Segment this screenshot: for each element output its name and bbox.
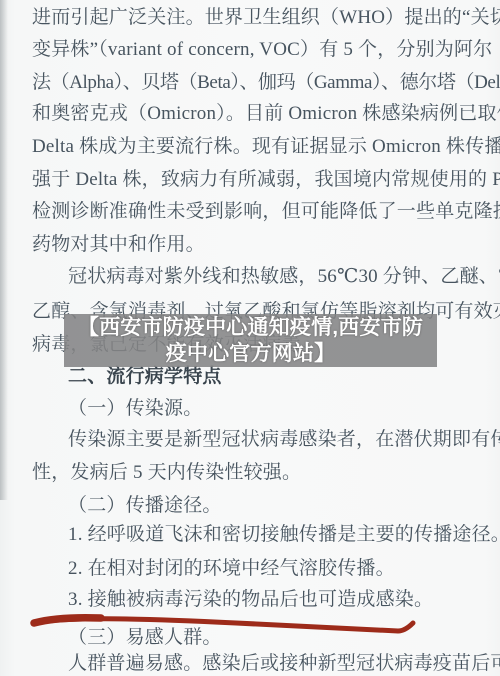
doc-line: 传染源主要是新型冠状病毒感染者，在潜伏期即有传染: [68, 428, 500, 452]
doc-subheading: （三）易感人群。: [68, 626, 500, 650]
doc-line: 法（Alpha）、贝塔（Beta）、伽玛（Gamma）、德尔塔（Delta）: [32, 71, 498, 95]
doc-section-heading: 二、流行病学特点: [68, 365, 500, 389]
doc-line: 检测诊断准确性未受到影响，但可能降低了一些单克隆抗体: [32, 200, 498, 224]
scan-edge-shadow: [0, 0, 8, 500]
doc-line: 性，发病后 5 天内传染性较强。: [32, 461, 498, 485]
doc-list-item: 2. 在相对封闭的环境中经气溶胶传播。: [68, 557, 500, 581]
doc-list-item: 3. 接触被病毒污染的物品后也可造成感染。: [68, 588, 500, 612]
watermark-title-line1: 【西安市防疫中心通知疫情,西安市防: [78, 315, 423, 341]
doc-line: 进而引起广泛关注。世界卫生组织（WHO）提出的“关切的: [32, 6, 498, 30]
doc-list-item: 1. 经呼吸道飞沫和密切接触传播是主要的传播途径。: [68, 523, 500, 547]
doc-subheading: （一）传染源。: [68, 397, 500, 421]
doc-line: 变异株”（variant of concern, VOC）有 5 个，分别为阿尔: [32, 38, 498, 62]
red-underline-thick-start: [34, 618, 101, 623]
doc-line: 药物对其中和作用。: [32, 233, 498, 257]
watermark-title-line2: 疫中心官方网站】: [166, 341, 336, 367]
doc-line: 强于 Delta 株，致病力有所减弱，我国境内常规使用的 PCR: [32, 168, 498, 192]
scanned-document-page: 进而引起广泛关注。世界卫生组织（WHO）提出的“关切的 变异株”（variant…: [0, 0, 500, 676]
doc-line: 和奥密克戎（Omicron）。目前 Omicron 株感染病例已取代: [32, 102, 498, 126]
doc-line: Delta 株成为主要流行株。现有证据显示 Omicron 株传播力: [32, 135, 498, 159]
doc-subheading: （二）传播途径。: [68, 494, 500, 518]
doc-line: 冠状病毒对紫外线和热敏感，56℃30 分钟、乙醚、75%: [68, 265, 500, 289]
doc-line: 人群普遍易感。感染后或接种新型冠状病毒疫苗后可获: [68, 652, 500, 676]
watermark-title-banner: 【西安市防疫中心通知疫情,西安市防 疫中心官方网站】: [64, 314, 437, 367]
